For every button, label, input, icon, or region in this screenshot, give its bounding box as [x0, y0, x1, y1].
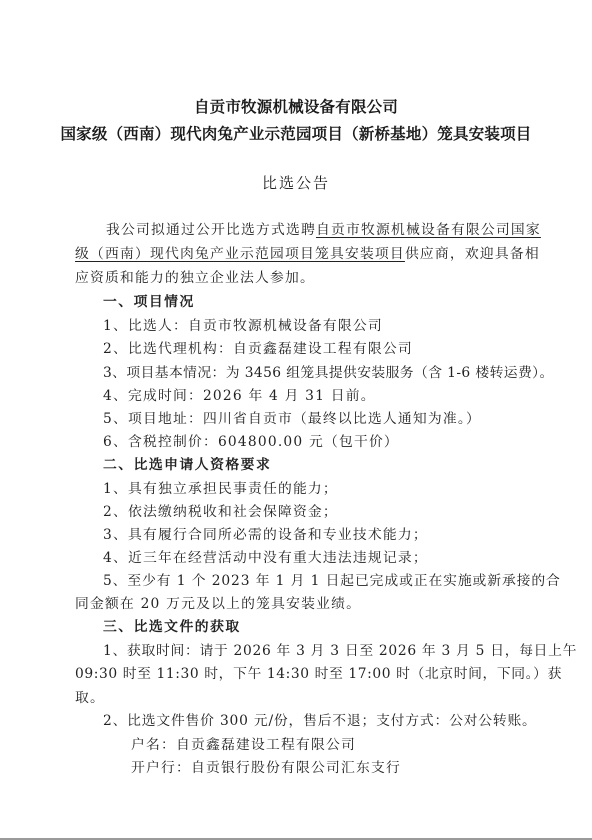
section-heading-project-info: 一、项目情况 — [103, 290, 195, 310]
qualification-item-3: 3、具有履行合同所必需的设备和专业技术能力； — [103, 523, 428, 543]
intro-text: 我公司拟通过公开比选方式选聘 — [106, 222, 316, 238]
section-heading-qualifications: 二、比选申请人资格要求 — [103, 453, 271, 473]
bank-name: 开户行：自贡银行股份有限公司汇东支行 — [131, 756, 401, 776]
qualification-item-5-line-2: 同金额在 20 万元及以上的笼具安装业绩。 — [75, 592, 361, 612]
document-item-1-line-3: 取。 — [75, 686, 105, 706]
qualification-item-2: 2、依法缴纳税收和社会保障资金； — [103, 500, 338, 520]
project-item-3: 3、项目基本情况：为 3456 组笼具提供安装服务（含 1-6 楼转运费）。 — [103, 361, 554, 381]
document-page: 自贡市牧源机械设备有限公司 国家级（西南）现代肉兔产业示范园项目（新桥基地）笼具… — [0, 0, 592, 838]
document-item-1-line-2: 09:30 时至 11:30 时，下午 14:30 时至 17:00 时（北京时… — [75, 662, 562, 682]
company-title: 自贡市牧源机械设备有限公司 — [0, 95, 592, 117]
qualification-item-5-line-1: 5、至少有 1 个 2023 年 1 月 1 日起已完成或正在实施或新承接的合 — [103, 569, 561, 589]
account-name: 户名：自贡鑫磊建设工程有限公司 — [131, 733, 356, 753]
project-item-6: 6、含税控制价：604800.00 元（包干价） — [103, 430, 399, 450]
project-item-5: 5、项目地址：四川省自贡市（最终以比选人通知为准。） — [103, 407, 481, 427]
intro-text: 供应商，欢迎具备相 — [405, 246, 540, 262]
qualification-item-1: 1、具有独立承担民事责任的能力； — [103, 477, 338, 497]
project-item-1: 1、比选人：自贡市牧源机械设备有限公司 — [103, 314, 383, 334]
project-item-2: 2、比选代理机构：自贡鑫磊建设工程有限公司 — [103, 337, 413, 357]
section-heading-documents: 三、比选文件的获取 — [103, 615, 241, 635]
project-title: 国家级（西南）现代肉兔产业示范园项目（新桥基地）笼具安装项目 — [0, 122, 592, 144]
document-item-2: 2、比选文件售价 300 元/份，售后不退；支付方式：公对公转账。 — [103, 709, 537, 729]
intro-underlined-project: 自贡市牧源机械设备有限公司国家 — [316, 222, 541, 238]
intro-line-3: 应资质和能力的独立企业法人参加。 — [75, 266, 315, 286]
document-title: 比选公告 — [0, 172, 592, 193]
intro-underlined-project: 级（西南）现代肉兔产业示范园项目笼具安装项目 — [75, 246, 405, 262]
project-item-4: 4、完成时间：2026 年 4 月 31 日前。 — [103, 384, 376, 404]
document-item-1-line-1: 1、获取时间：请于 2026 年 3 月 3 日至 2026 年 3 月 5 日… — [103, 639, 577, 659]
intro-line-2: 级（西南）现代肉兔产业示范园项目笼具安装项目供应商，欢迎具备相 — [75, 242, 540, 262]
qualification-item-4: 4、近三年在经营活动中没有重大违法违规记录； — [103, 546, 428, 566]
intro-line-1: 我公司拟通过公开比选方式选聘自贡市牧源机械设备有限公司国家 — [106, 218, 541, 238]
